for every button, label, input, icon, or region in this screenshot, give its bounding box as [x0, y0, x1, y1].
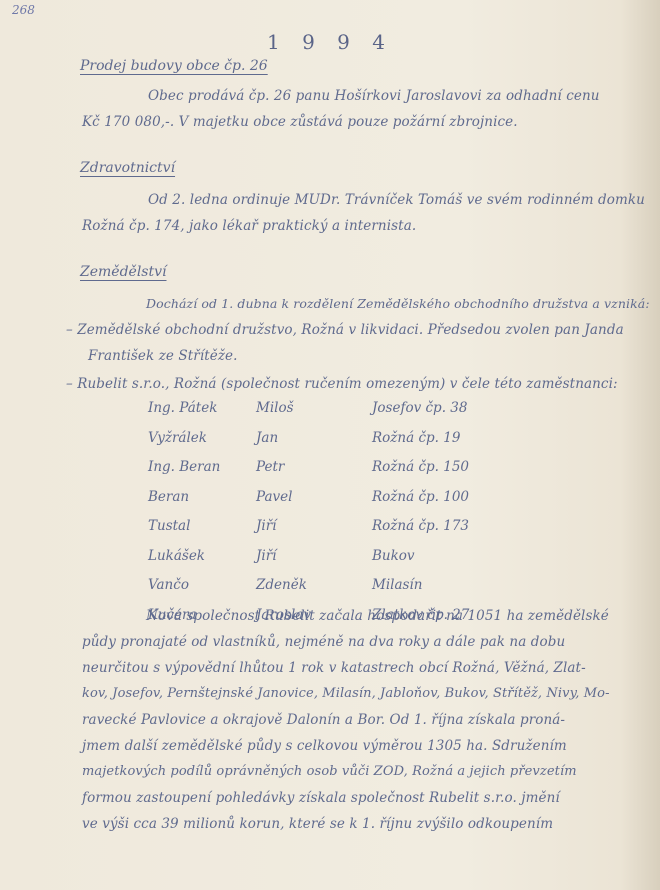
text-line: Obec prodává čp. 26 panu Hošírkovi Jaros…	[148, 88, 600, 104]
section-heading-agriculture: Zemědělství	[80, 264, 167, 280]
address: Rožná čp. 150	[372, 459, 469, 475]
text-line: František ze Střítěže.	[88, 348, 238, 364]
text-line: Rožná čp. 174, jako lékař praktický a in…	[82, 218, 416, 234]
chronicle-page: 268 1 9 9 4 Prodej budovy obce čp. 26 Ob…	[0, 0, 660, 890]
text-line: – Rubelit s.r.o., Rožná (společnost ruče…	[66, 376, 618, 392]
first-name: Miloš	[256, 400, 294, 416]
surname: Ing. Pátek	[148, 400, 217, 416]
paragraph-line: Nová společnost Rubelit začala hospodaři…	[146, 608, 609, 624]
section-heading-building-sale: Prodej budovy obce čp. 26	[80, 58, 268, 74]
paragraph-line: formou zastoupení pohledávky získala spo…	[82, 790, 560, 806]
text-line: – Zemědělské obchodní družstvo, Rožná v …	[66, 322, 624, 338]
first-name: Jiří	[256, 518, 277, 534]
address: Milasín	[372, 577, 422, 593]
first-name: Pavel	[256, 489, 292, 505]
paragraph-line: neurčitou s výpovědní lhůtou 1 rok v kat…	[82, 660, 586, 676]
surname: Tustal	[148, 518, 190, 534]
paragraph-line: majetkových podílů oprávněných osob vůči…	[82, 764, 577, 779]
paragraph-line: jmem další zemědělské půdy s celkovou vý…	[82, 738, 567, 754]
page-number: 268	[12, 3, 35, 17]
text-line: Dochází od 1. dubna k rozdělení Zeměděls…	[146, 296, 650, 311]
address: Rožná čp. 19	[372, 430, 460, 446]
address: Rožná čp. 100	[372, 489, 469, 505]
paragraph-line: půdy pronajaté od vlastníků, nejméně na …	[82, 634, 565, 650]
paragraph-line: kov, Josefov, Pernštejnské Janovice, Mil…	[82, 686, 610, 701]
surname: Vyžrálek	[148, 430, 207, 446]
surname: Ing. Beran	[148, 459, 220, 475]
paragraph-line: ve výši cca 39 milionů korun, které se k…	[82, 816, 553, 832]
address: Rožná čp. 173	[372, 518, 469, 534]
section-heading-healthcare: Zdravotnictví	[80, 160, 175, 176]
surname: Vančo	[148, 577, 189, 593]
paragraph-line: ravecké Pavlovice a okrajově Dalonín a B…	[82, 712, 565, 728]
year-heading: 1 9 9 4	[0, 30, 660, 54]
first-name: Petr	[256, 459, 284, 475]
address: Bukov	[372, 548, 415, 564]
surname: Lukášek	[148, 548, 205, 564]
text-line: Od 2. ledna ordinuje MUDr. Trávníček Tom…	[148, 192, 645, 208]
first-name: Jan	[256, 430, 278, 446]
address: Josefov čp. 38	[372, 400, 467, 416]
first-name: Zdeněk	[256, 577, 307, 593]
surname: Beran	[148, 489, 189, 505]
first-name: Jiří	[256, 548, 277, 564]
text-line: Kč 170 080,-. V majetku obce zůstává pou…	[82, 114, 518, 130]
